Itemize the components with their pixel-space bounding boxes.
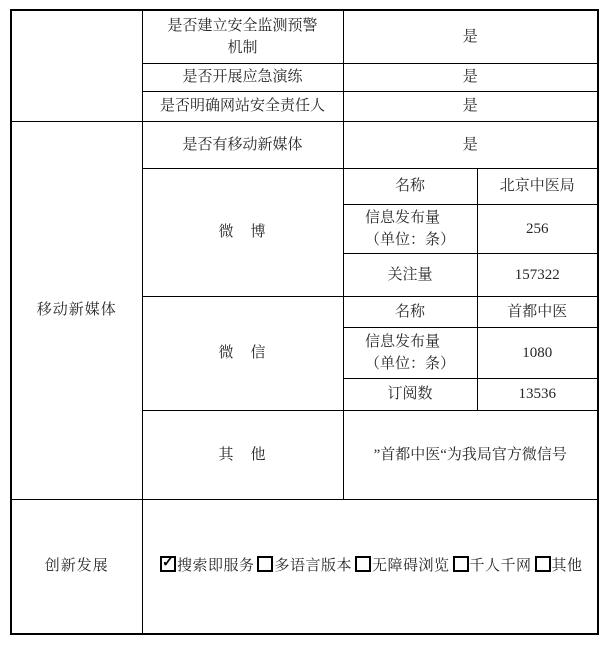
weibo-name-value: 北京中医局 <box>477 168 598 204</box>
row-security-monitoring: 是否建立安全监测预警 机制 是 <box>11 10 598 63</box>
has-mobile-media-value: 是 <box>343 121 598 168</box>
wechat-name-value: 首都中医 <box>477 296 598 327</box>
security-monitoring-label: 是否建立安全监测预警 机制 <box>142 10 343 63</box>
wechat-subscribers-label: 订阅数 <box>343 378 477 410</box>
category-cell-mobile-media: 移动新媒体 <box>11 121 142 499</box>
row-innovation: 创新发展 搜索即服务多语言版本无障碍浏览千人千网其他 <box>11 499 598 634</box>
option-personalized-web: 千人千网 <box>450 558 532 574</box>
checkbox-search-as-service[interactable] <box>160 556 176 572</box>
other-media-label: 其 他 <box>142 410 343 499</box>
wechat-posts-label-lines: 信息发布量 （单位：条） <box>365 331 455 375</box>
weibo-posts-label-lines: 信息发布量 （单位：条） <box>365 207 455 251</box>
weibo-name-label: 名称 <box>343 168 477 204</box>
checkbox-accessibility[interactable] <box>355 556 371 572</box>
report-table: 是否建立安全监测预警 机制 是 是否开展应急演练 是 是否明确网站安全责任人 是… <box>10 9 599 635</box>
row-has-mobile-media: 移动新媒体 是否有移动新媒体 是 <box>11 121 598 168</box>
security-monitoring-value: 是 <box>343 10 598 63</box>
emergency-drill-value: 是 <box>343 63 598 91</box>
has-mobile-media-label: 是否有移动新媒体 <box>142 121 343 168</box>
option-accessibility-label: 无障碍浏览 <box>372 558 450 574</box>
security-officer-value: 是 <box>343 91 598 121</box>
checkbox-personalized-web[interactable] <box>453 556 469 572</box>
wechat-posts-value: 1080 <box>477 327 598 378</box>
checkbox-other[interactable] <box>535 556 551 572</box>
other-media-value: ”首都中医“为我局官方微信号 <box>343 410 598 499</box>
option-personalized-web-label: 千人千网 <box>470 558 532 574</box>
wechat-name-label: 名称 <box>343 296 477 327</box>
label-line-2: 机制 <box>145 37 341 59</box>
checkbox-multilingual[interactable] <box>257 556 273 572</box>
weibo-followers-label: 关注量 <box>343 253 477 296</box>
category-cell-blank <box>11 10 142 121</box>
document-page: 是否建立安全监测预警 机制 是 是否开展应急演练 是 是否明确网站安全责任人 是… <box>0 0 614 647</box>
option-accessibility: 无障碍浏览 <box>352 558 450 574</box>
weibo-followers-value: 157322 <box>477 253 598 296</box>
emergency-drill-label: 是否开展应急演练 <box>142 63 343 91</box>
option-other: 其他 <box>532 558 583 574</box>
option-search-as-service-label: 搜索即服务 <box>177 558 255 574</box>
option-multilingual-label: 多语言版本 <box>274 558 352 574</box>
wechat-subscribers-value: 13536 <box>477 378 598 410</box>
category-cell-innovation: 创新发展 <box>11 499 142 634</box>
option-search-as-service: 搜索即服务 <box>157 558 255 574</box>
wechat-posts-label: 信息发布量 （单位：条） <box>343 327 477 378</box>
option-other-label: 其他 <box>552 558 583 574</box>
wechat-group-cell: 微 信 <box>142 296 343 410</box>
innovation-options-cell: 搜索即服务多语言版本无障碍浏览千人千网其他 <box>142 499 598 634</box>
option-multilingual: 多语言版本 <box>254 558 352 574</box>
weibo-posts-value: 256 <box>477 204 598 253</box>
security-officer-label: 是否明确网站安全责任人 <box>142 91 343 121</box>
weibo-group-cell: 微 博 <box>142 168 343 296</box>
label-line-1: 是否建立安全监测预警 <box>145 15 341 37</box>
weibo-posts-label: 信息发布量 （单位：条） <box>343 204 477 253</box>
